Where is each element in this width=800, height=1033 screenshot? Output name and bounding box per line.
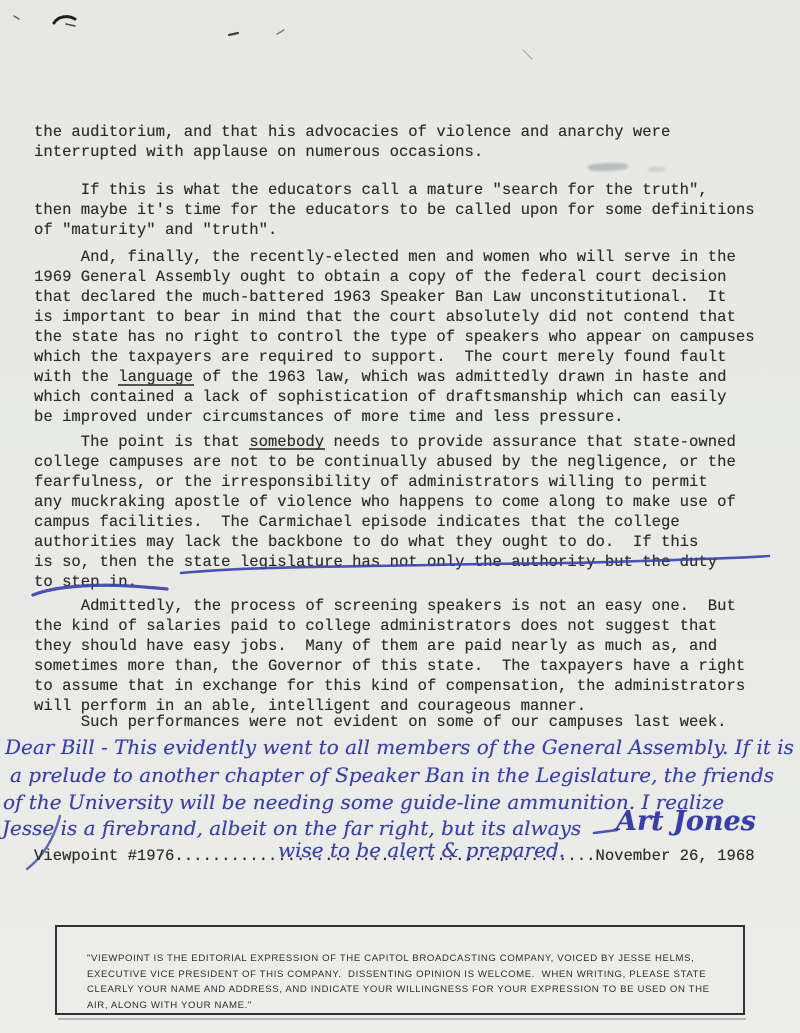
pencil-smudge: [648, 167, 666, 172]
typed-paragraph-4: The point is that somebody needs to prov…: [34, 432, 736, 592]
typed-paragraph-3: And, finally, the recently-elected men a…: [34, 247, 755, 427]
typed-underline-language: [118, 384, 194, 386]
handwriting-line-1: Dear Bill - This evidently went to all m…: [5, 735, 794, 759]
typed-underline-somebody: [249, 448, 325, 450]
typed-paragraph-5: Admittedly, the process of screening spe…: [34, 596, 745, 716]
disclaimer-box-shadow: [58, 1018, 746, 1020]
handwriting-line-2: a prelude to another chapter of Speaker …: [10, 763, 774, 787]
typed-paragraph-1: the auditorium, and that his advocacies …: [34, 122, 670, 162]
pencil-smudge: [588, 162, 628, 171]
handwriting-signature: Art Jones: [616, 806, 756, 837]
pen-dash-before-signature: [594, 830, 617, 833]
viewpoint-footer-line: Viewpoint #1976.........................…: [34, 846, 755, 866]
scanned-document-page: the auditorium, and that his advocacies …: [0, 0, 800, 1033]
typed-paragraph-2: If this is what the educators call a mat…: [34, 180, 755, 240]
disclaimer-box: "VIEWPOINT IS THE EDITORIAL EXPRESSION O…: [55, 925, 745, 1015]
typed-paragraph-6: Such performances were not evident on so…: [34, 712, 726, 732]
handwriting-line-4: Jesse is a firebrand, albeit on the far …: [2, 816, 581, 840]
disclaimer-text: "VIEWPOINT IS THE EDITORIAL EXPRESSION O…: [87, 951, 710, 1013]
